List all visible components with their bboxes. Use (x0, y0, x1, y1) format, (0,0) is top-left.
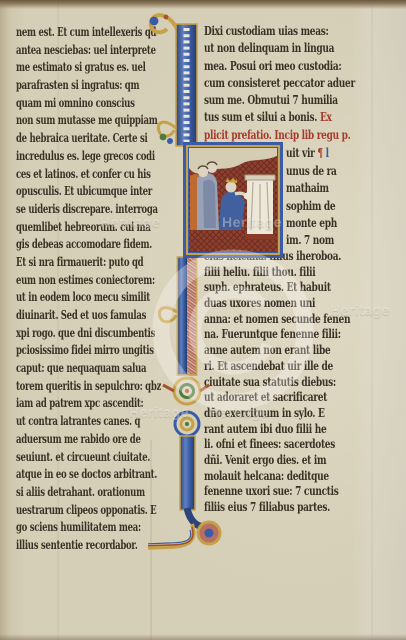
text-line: me estimato si gratus es. uel (16, 59, 158, 77)
text-line: caput: que nequaquam salua (16, 360, 158, 378)
watermark-text: Heritage (209, 404, 269, 420)
leaf-curl-icon (158, 122, 176, 136)
text-line: go sciens humilitatem mea: (16, 519, 158, 537)
text-line: xpi rogo. que dni discumbentis (16, 325, 158, 343)
line-filler-icon: l (326, 146, 329, 160)
watermark-text: Heritage (100, 214, 160, 230)
watermark-text: Heritage (222, 214, 282, 230)
bottom-flourish (148, 524, 194, 571)
miniature-offering-scene (183, 142, 283, 258)
text-line: nem est. Et cum intellexeris qd (16, 24, 158, 42)
left-text-column: nem est. Et cum intellexeris qdantea nes… (16, 24, 158, 555)
initial-stem-blue (178, 257, 187, 375)
text-line: ut in eodem loco mecu similit (16, 289, 158, 307)
initial-stem-lower (180, 436, 195, 510)
text-span: uit vir (286, 146, 315, 160)
text-line: pciosissimo fidei mirro ungitis (16, 342, 158, 360)
text-line: uestrarum clipeos opponatis. E (16, 502, 158, 520)
bottom-spiral-icon (198, 522, 220, 544)
text-line: si aliis detrahant. orationum (16, 484, 158, 502)
first-line-after-initial: uit vir ¶ l (286, 146, 399, 160)
text-line: quam mi omnino conscius (16, 95, 158, 113)
leaf-curl-icon (159, 308, 177, 322)
text-line: aduersum me rabido ore de (16, 431, 158, 449)
leaf-bud-icon (167, 138, 173, 144)
text-line: torem queritis in sepulchro: qbz (16, 378, 158, 396)
text-line: seuiunt. et circueunt ciuitate. (16, 449, 158, 467)
leaf-bud-icon (160, 134, 167, 141)
text-line: de hebraica ueritate. Certe si (16, 130, 158, 148)
text-line: diuinarit. Sed et uos famulas (16, 307, 158, 325)
watermark-text: Heritage (129, 404, 189, 420)
illuminated-initial-F (148, 8, 240, 580)
text-line: gis debeas accomodare fidem. (16, 236, 158, 254)
page-bottom-edge (0, 634, 406, 640)
watermark-text: Heritage (330, 302, 390, 318)
text-line: non sum mutasse me quippiam (16, 112, 158, 130)
text-line: Et si nra firmauerit: puto qd (16, 254, 158, 272)
knot-medallion-icon (163, 378, 209, 404)
text-line: unus de ra (286, 163, 399, 180)
text-line: eum non estimes coniectorem: (16, 272, 158, 290)
text-line: incredulus es. lege grecos codi (16, 148, 158, 166)
text-line: sophim de (286, 198, 399, 215)
initial-top-curl-dot (164, 15, 169, 20)
text-line: monte eph (286, 215, 399, 232)
initial-top-curl-dot (150, 17, 159, 26)
text-line: illius sententie recordabor. (16, 537, 158, 555)
explicit-red-span: Ex (320, 110, 332, 124)
text-line: ces et latinos. et confer cu his (16, 166, 158, 184)
manuscript-photo: nem est. Et cum intellexeris qdantea nes… (0, 0, 406, 640)
text-line: im. 7 nom (286, 232, 399, 249)
text-line: parafrasten si ingratus: qm (16, 77, 158, 95)
text-line: antea nesciebas: uel interprete (16, 42, 158, 60)
text-line: atque in eo se doctos arbitrant. (16, 466, 158, 484)
text-line: opusculis. Et ubicumque inter (16, 183, 158, 201)
text-line: mathaim (286, 180, 399, 197)
initial-stem-rose (187, 257, 196, 375)
pilcrow-mark-icon: ¶ (317, 146, 322, 160)
right-text-column-beside-miniature: unus de ramathaimsophim demonte ephim. 7… (286, 163, 399, 249)
